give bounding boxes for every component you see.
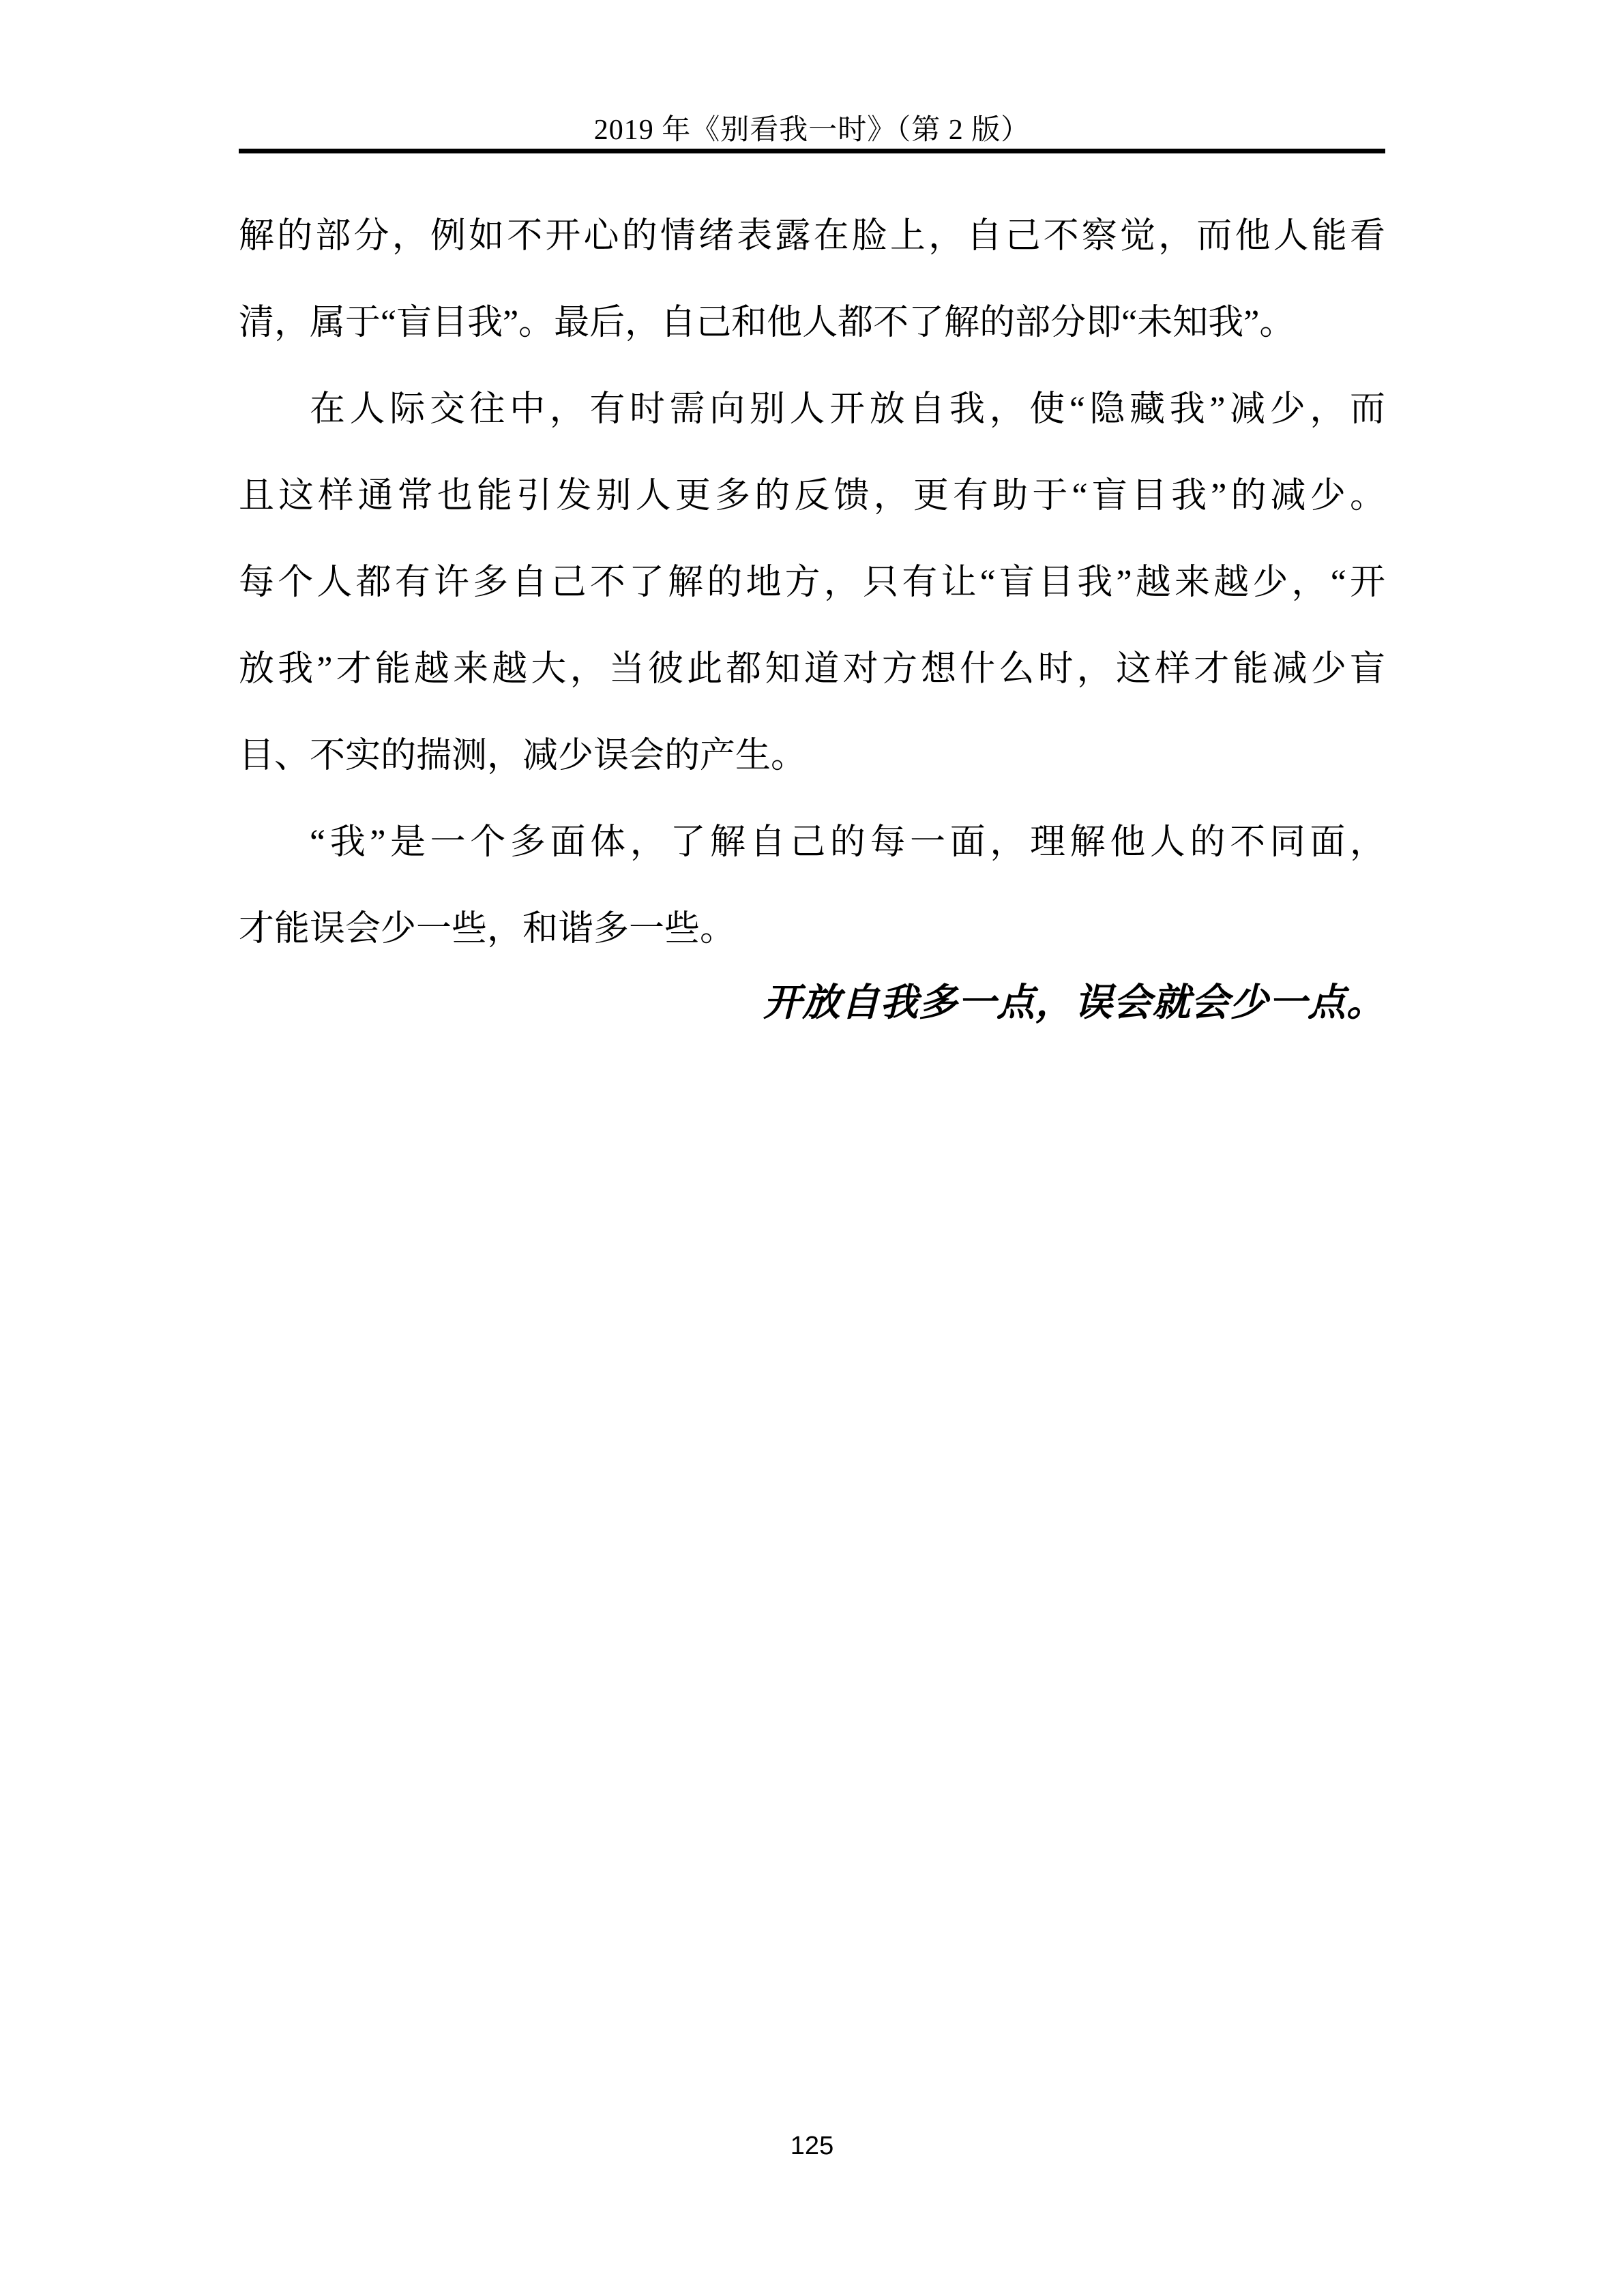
body-line: 每个人都有许多自己不了解的地方，只有让“盲目我”越来越少，“开	[239, 539, 1385, 626]
body-text: 解的部分，例如不开心的情绪表露在脸上，自己不察觉，而他人能看 清，属于“盲目我”…	[239, 193, 1385, 972]
body-line: 且这样通常也能引发别人更多的反馈，更有助于“盲目我”的减少。	[239, 453, 1385, 539]
page-number: 125	[0, 2132, 1624, 2160]
body-line: 放我”才能越来越大，当彼此都知道对方想什么时，这样才能减少盲	[239, 626, 1385, 713]
running-head: 2019 年《别看我一时》（第 2 版）	[0, 113, 1624, 147]
body-line: 才能误会少一些，和谐多一些。	[239, 886, 1385, 972]
closing-aphorism: 开放自我多一点，误会就会少一点。	[239, 979, 1385, 1027]
body-line: 解的部分，例如不开心的情绪表露在脸上，自己不察觉，而他人能看	[239, 193, 1385, 280]
body-line: 在人际交往中，有时需向别人开放自我，使“隐藏我”减少，而	[239, 366, 1385, 453]
header-rule	[239, 149, 1385, 153]
body-line: “我”是一个多面体，了解自己的每一面，理解他人的不同面，	[239, 799, 1385, 886]
body-line: 目、不实的揣测，减少误会的产生。	[239, 713, 1385, 799]
body-line: 清，属于“盲目我”。最后，自己和他人都不了解的部分即“未知我”。	[239, 280, 1385, 366]
document-page: 2019 年《别看我一时》（第 2 版） 解的部分，例如不开心的情绪表露在脸上，…	[0, 0, 1624, 2296]
